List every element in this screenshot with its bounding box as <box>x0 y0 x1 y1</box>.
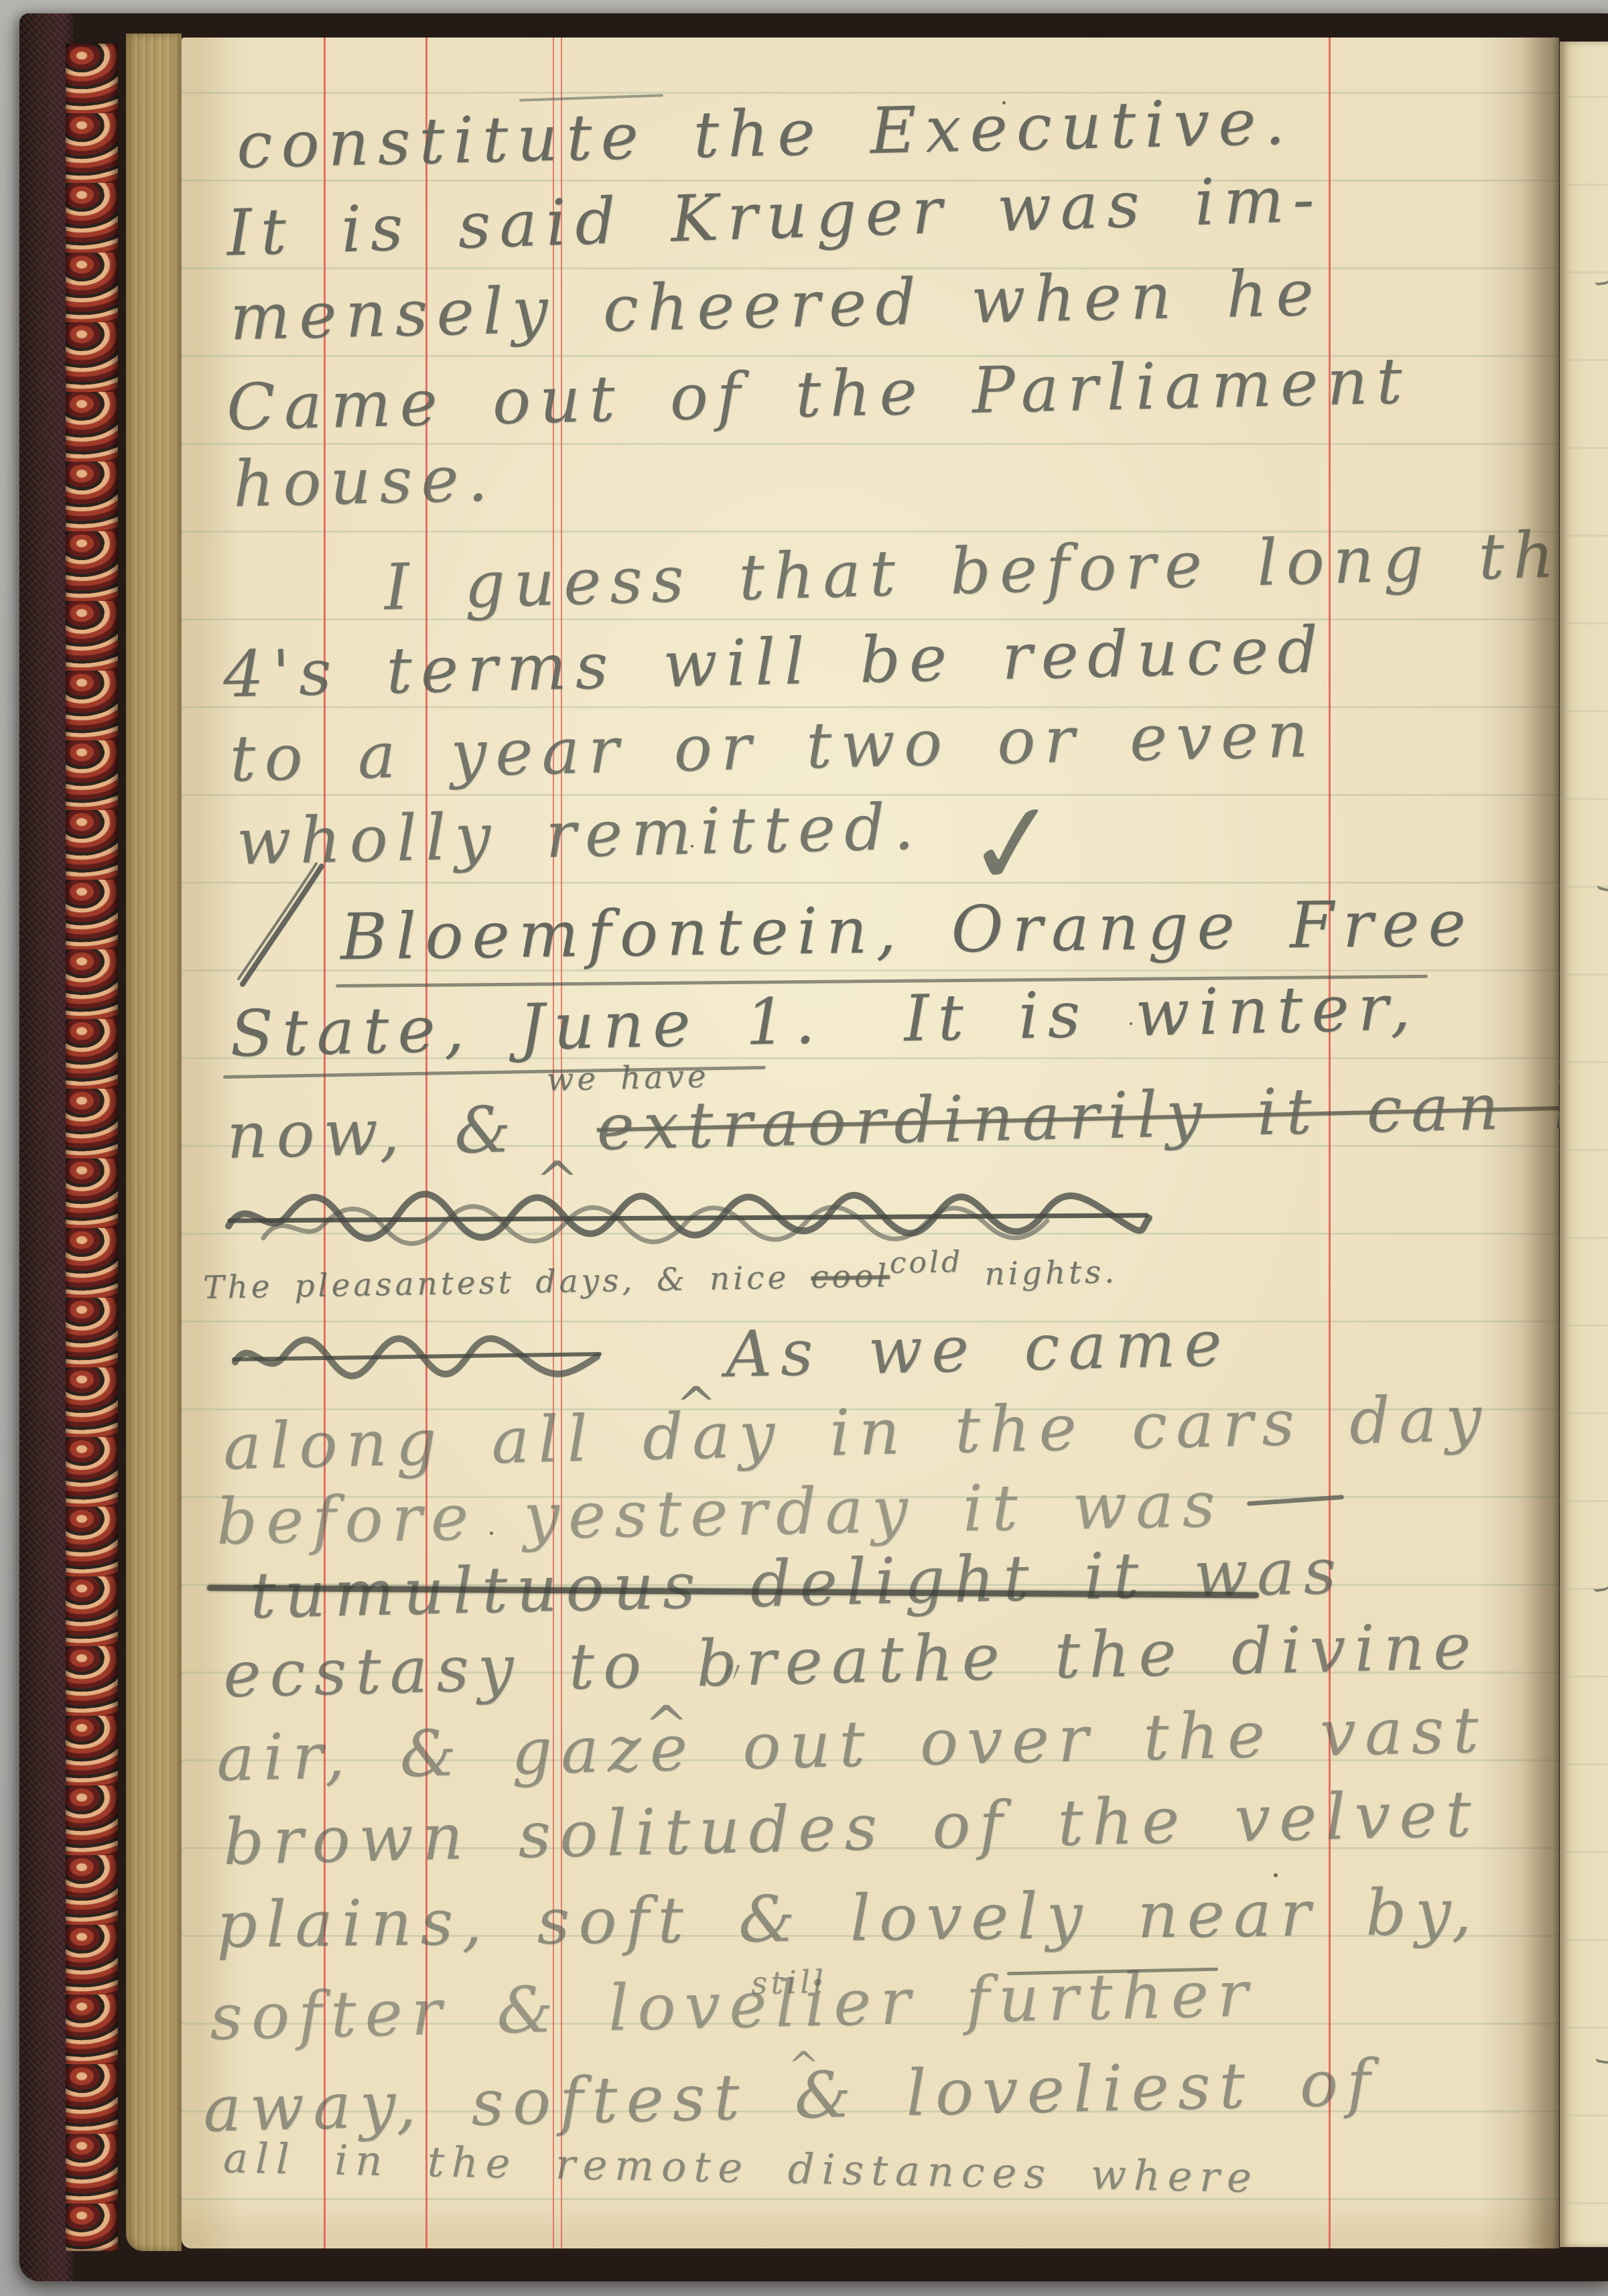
page-stack-edges <box>126 33 182 2251</box>
struck-text: extraordinarily it can be <box>596 1067 1608 1165</box>
line-prefix: softer & lovelier <box>209 1965 920 2055</box>
notebook-book: constitute the Executive. It is said Kru… <box>19 13 1608 2281</box>
note-text: nights. <box>984 1254 1118 1292</box>
handwriting-line: away, softest & loveliest of <box>202 2051 1380 2142</box>
paragraph-slash-mark <box>233 861 327 988</box>
handwriting-line: to a year or two or even <box>229 703 1317 792</box>
handwriting-line: plains, soft & lovely near by, <box>216 1881 1481 1958</box>
ditto-mark: 〃 <box>718 1659 747 1688</box>
line-suffix: further <box>965 1957 1257 2037</box>
handwriting-line: constitute the Executive. <box>236 90 1294 178</box>
handwriting-line: wholly remitted. <box>236 795 923 874</box>
note-text: The pleasantest days, & nice <box>203 1260 790 1306</box>
handwriting-line: Came out of the Parliament <box>226 350 1411 440</box>
handwriting-line: State, June 1.It is winter, <box>229 976 1420 1067</box>
scanned-notebook-photo: constitute the Executive. It is said Kru… <box>0 0 1608 2296</box>
handwriting-line: As we came <box>725 1312 1231 1387</box>
handwriting-layer: constitute the Executive. It is said Kru… <box>182 38 1559 2248</box>
struck-out-scribble <box>223 1176 1154 1256</box>
line-prefix: plains, soft & lovely <box>216 1879 1091 1962</box>
leather-cover-edge <box>19 13 73 2281</box>
struck-out-scribble <box>230 1321 605 1388</box>
handwriting-line: 4's terms will be reduced <box>222 618 1327 707</box>
struck-word: cool <box>811 1258 890 1296</box>
handwriting-line: I guess that before long the <box>383 522 1608 620</box>
dash-mark <box>1247 1495 1344 1506</box>
handwriting-line: mensely cheered when he <box>229 262 1323 350</box>
handwriting-line: It is said Kruger was im- <box>226 167 1324 265</box>
handwriting-line: all in the remote distances where <box>223 2137 1260 2199</box>
handwriting-line: Bloemfontein, Orange Free <box>340 892 1475 970</box>
check-mark: ✓ <box>960 783 1067 906</box>
interline-note: The pleasantest days, & nice coolcold ni… <box>203 1256 1118 1304</box>
paper-speck <box>691 845 693 848</box>
dateline-part: It is winter, <box>903 971 1420 1056</box>
ruled-lines <box>1560 42 1608 2247</box>
inserted-word: cold <box>889 1245 963 1280</box>
line-prefix: now, & <box>226 1093 521 1173</box>
handwriting-line: air, & gaze out over the vast <box>216 1698 1487 1791</box>
paper-speck <box>1274 1873 1278 1877</box>
facing-page-sliver <box>1560 42 1608 2247</box>
paper-speck <box>1002 101 1006 105</box>
marbled-endpaper-edge <box>66 44 118 2251</box>
handwriting-line: along all day in the cars day <box>222 1388 1491 1480</box>
pen-tick-mark <box>1594 275 1608 285</box>
handwriting-line: now, &extraordinarily it can be <box>226 1073 1608 1168</box>
handwriting-line: house. <box>232 448 497 517</box>
notebook-page: constitute the Executive. It is said Kru… <box>182 38 1559 2248</box>
gutter-shadow <box>1479 38 1559 2248</box>
paper-speck <box>490 1532 493 1535</box>
underlined-words: near by, <box>1137 1875 1481 1952</box>
handwriting-line: softer & lovelierfurther <box>209 1962 1257 2049</box>
dateline-part: State, June 1. <box>229 984 824 1071</box>
handwriting-line: brown solitudes of the velvet <box>222 1783 1481 1875</box>
paper-speck <box>1130 1022 1132 1025</box>
